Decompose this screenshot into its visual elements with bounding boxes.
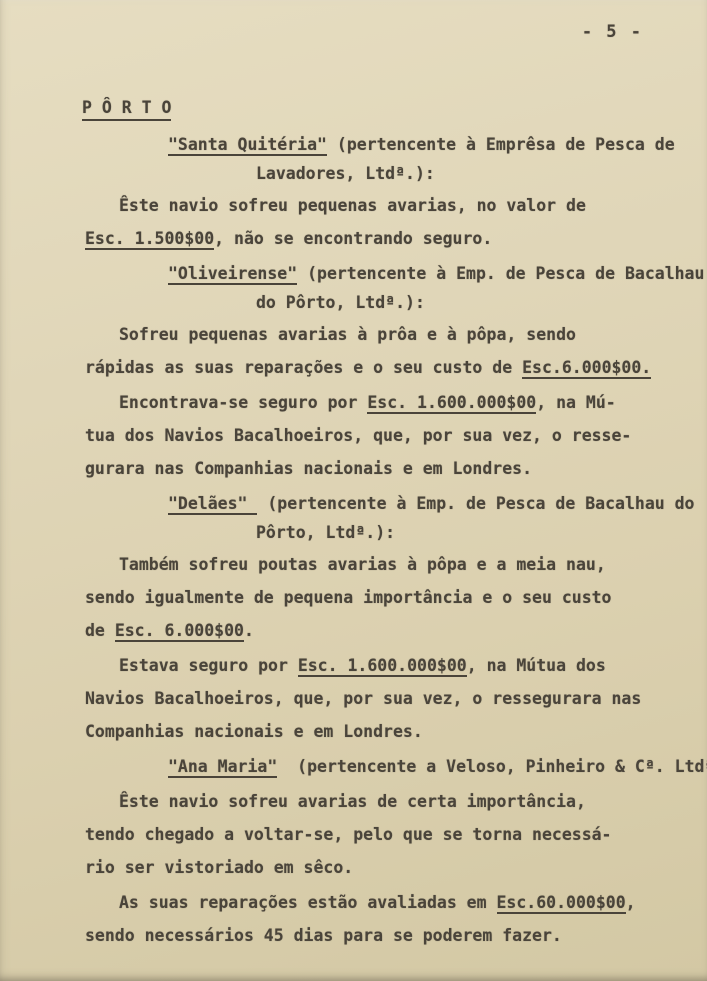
text-line: Esc. 1.500$00, não se encontrando seguro… [85, 222, 652, 255]
text-line: sendo igualmente de pequena importância … [85, 581, 652, 614]
paragraph: Estava seguro por Esc. 1.600.000$00, na … [85, 649, 652, 748]
text-line: rio ser vistoriado em sêco. [85, 851, 652, 884]
text-line: Também sofreu poutas avarias à pôpa e a … [85, 548, 652, 581]
owner-continuation-line: do Pôrto, Ltdª.): [85, 290, 652, 316]
text-segment: Lavadores, Ltdª.): [256, 164, 435, 183]
text-segment: Sofreu pequenas avarias à prôa e à pôpa,… [119, 325, 576, 344]
text-segment: tua dos Navios Bacalhoeiros, que, por su… [85, 426, 631, 445]
owner-continuation-line: Pôrto, Ltdª.): [85, 520, 652, 546]
paragraph: Encontrava-se seguro por Esc. 1.600.000$… [85, 386, 652, 485]
paragraph: Também sofreu poutas avarias à pôpa e a … [85, 548, 652, 647]
owner-continuation-line: Lavadores, Ltdª.): [85, 161, 652, 187]
text-line: Estava seguro por Esc. 1.600.000$00, na … [85, 649, 652, 682]
typewritten-document-page: - 5 - P Ô R T O "Santa Quitéria" (perten… [0, 0, 707, 981]
text-segment: , não se encontrando seguro. [214, 229, 492, 248]
text-segment: Pôrto, Ltdª.): [256, 523, 395, 542]
text-segment: do Pôrto, Ltdª.): [256, 293, 425, 312]
text-line: sendo necessários 45 dias para se podere… [85, 919, 652, 952]
text-segment: rápidas as suas reparações e o seu custo… [85, 358, 522, 377]
underlined-text: Esc.6.000$00. [522, 358, 651, 379]
underlined-text: Esc.60.000$00 [497, 893, 626, 914]
text-line: Êste navio sofreu pequenas avarias, no v… [85, 189, 652, 222]
ship-name-line: "Santa Quitéria" (pertencente à Emprêsa … [85, 128, 652, 161]
text-segment: , na Mú- [536, 393, 615, 412]
text-segment: (pertencente a Veloso, Pinheiro & Cª. Lt… [277, 757, 707, 776]
text-segment: , [626, 893, 636, 912]
ship-entry: "Oliveirense" (pertencente à Emp. de Pes… [85, 257, 652, 485]
ship-entry: "Delães" (pertencente à Emp. de Pesca de… [85, 487, 652, 748]
page-number: - 5 - [582, 22, 643, 42]
text-segment: rio ser vistoriado em sêco. [85, 858, 353, 877]
paragraph: Êste navio sofreu avarias de certa impor… [85, 785, 652, 884]
text-segment: gurara nas Companhias nacionais e em Lon… [85, 459, 532, 478]
text-segment: As suas reparações estão avaliadas em [119, 893, 497, 912]
text-segment: Êste navio sofreu pequenas avarias, no v… [119, 196, 586, 215]
text-line: rápidas as suas reparações e o seu custo… [85, 351, 652, 384]
paragraph: Êste navio sofreu pequenas avarias, no v… [85, 189, 652, 255]
text-segment: Estava seguro por [119, 656, 298, 675]
text-segment: Êste navio sofreu avarias de certa impor… [119, 792, 586, 811]
text-line: Navios Bacalhoeiros, que, por sua vez, o… [85, 682, 652, 715]
underlined-text: "Ana Maria" [168, 757, 277, 778]
text-segment: Encontrava-se seguro por [119, 393, 367, 412]
underlined-text: Esc. 1.600.000$00 [298, 656, 467, 677]
underlined-text: "Oliveirense" [168, 264, 297, 285]
text-segment: Companhias nacionais e em Londres. [85, 722, 423, 741]
underlined-text: "Delães" [168, 494, 257, 515]
document-body: "Santa Quitéria" (pertencente à Emprêsa … [85, 126, 652, 952]
underlined-text: Esc. 1.500$00 [85, 229, 214, 250]
underlined-text: Esc. 1.600.000$00 [367, 393, 536, 414]
ship-name-line: "Ana Maria" (pertencente a Veloso, Pinhe… [85, 750, 652, 783]
text-segment: (pertencente à Emprêsa de Pesca de [327, 135, 675, 154]
text-line: de Esc. 6.000$00. [85, 614, 652, 647]
ship-name-line: "Delães" (pertencente à Emp. de Pesca de… [85, 487, 652, 520]
ship-entry: "Santa Quitéria" (pertencente à Emprêsa … [85, 128, 652, 255]
text-line: tendo chegado a voltar-se, pelo que se t… [85, 818, 652, 851]
ship-entry: "Ana Maria" (pertencente a Veloso, Pinhe… [85, 750, 652, 952]
text-line: Sofreu pequenas avarias à prôa e à pôpa,… [85, 318, 652, 351]
text-line: Encontrava-se seguro por Esc. 1.600.000$… [85, 386, 652, 419]
text-segment: sendo necessários 45 dias para se podere… [85, 926, 562, 945]
text-line: Êste navio sofreu avarias de certa impor… [85, 785, 652, 818]
text-line: tua dos Navios Bacalhoeiros, que, por su… [85, 419, 652, 452]
text-segment: (pertencente à Emp. de Pesca de Bacalhau [297, 264, 704, 283]
text-segment: Também sofreu poutas avarias à pôpa e a … [119, 555, 606, 574]
paragraph: Sofreu pequenas avarias à prôa e à pôpa,… [85, 318, 652, 384]
document-heading-porto: P Ô R T O [82, 98, 171, 121]
underlined-text: "Santa Quitéria" [168, 135, 327, 156]
text-segment: (pertencente à Emp. de Pesca de Bacalhau… [257, 494, 694, 513]
text-segment: , na Mútua dos [467, 656, 606, 675]
text-segment: Navios Bacalhoeiros, que, por sua vez, o… [85, 689, 641, 708]
text-segment: tendo chegado a voltar-se, pelo que se t… [85, 825, 612, 844]
text-line: As suas reparações estão avaliadas em Es… [85, 886, 652, 919]
paragraph: As suas reparações estão avaliadas em Es… [85, 886, 652, 952]
text-segment: . [244, 621, 254, 640]
text-segment: de [85, 621, 115, 640]
text-segment: sendo igualmente de pequena importância … [85, 588, 612, 607]
text-line: gurara nas Companhias nacionais e em Lon… [85, 452, 652, 485]
underlined-text: Esc. 6.000$00 [115, 621, 244, 642]
text-line: Companhias nacionais e em Londres. [85, 715, 652, 748]
ship-name-line: "Oliveirense" (pertencente à Emp. de Pes… [85, 257, 652, 290]
